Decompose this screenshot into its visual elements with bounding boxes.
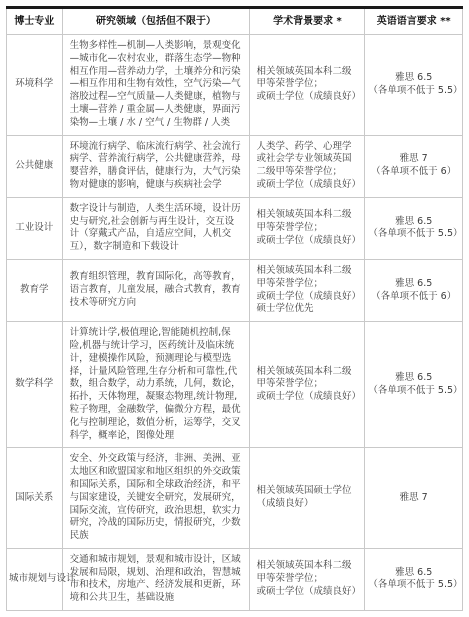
header-row: 博士专业 研究领域（包括但不限于） 学术背景要求 * 英语语言要求 ** <box>7 8 463 35</box>
english-cell: 雅思 7 <box>365 448 463 549</box>
fields-cell: 生物多样性—机制—人类影响，景观变化—城市化—农村农业，群落生态学—物种相互作用… <box>62 35 250 136</box>
col-header-major: 博士专业 <box>7 8 63 35</box>
fields-cell: 环境流行病学、临床流行病学、社会流行病学、营养流行病学，公共健康营养，母婴营养，… <box>62 135 250 197</box>
phd-programs-table: 博士专业 研究领域（包括但不限于） 学术背景要求 * 英语语言要求 ** 环境科… <box>6 6 463 611</box>
table-row: 环境科学 生物多样性—机制—人类影响，景观变化—城市化—农村农业，群落生态学—物… <box>7 35 463 136</box>
major-cell: 公共健康 <box>7 135 63 197</box>
major-cell: 环境科学 <box>7 35 63 136</box>
fields-cell: 计算统计学,极值理论,智能随机控制,保险,机器与统计学习，医药统计及临床统计，建… <box>62 322 250 448</box>
table-row: 公共健康 环境流行病学、临床流行病学、社会流行病学、营养流行病学，公共健康营养，… <box>7 135 463 197</box>
academic-cell: 相关领域英国硕士学位 （成绩良好） <box>250 448 365 549</box>
table-row: 教育学 教育组织管理，教育国际化，高等教育，语言教育，儿童发展，融合式教育，教育… <box>7 259 463 321</box>
table-row: 国际关系 安全、外交政策与经济，非洲、美洲、亚太地区和欧盟国家和地区组织的外交政… <box>7 448 463 549</box>
academic-cell: 相关领域英国本科二级甲等荣誉学位； 或硕士学位（成绩良好） <box>250 197 365 259</box>
major-cell: 数学科学 <box>7 322 63 448</box>
english-cell: 雅思 6.5 （各单项不低于 6） <box>365 259 463 321</box>
table-row: 城市规划与设计 交通和城市规划，景观和城市设计，区域发展和局限，规划、治理和政治… <box>7 548 463 610</box>
col-header-fields: 研究领域（包括但不限于） <box>62 8 250 35</box>
major-cell: 教育学 <box>7 259 63 321</box>
page: 博士专业 研究领域（包括但不限于） 学术背景要求 * 英语语言要求 ** 环境科… <box>0 0 469 617</box>
english-cell: 雅思 6.5 （各单项不低于 5.5） <box>365 548 463 610</box>
table-row: 数学科学 计算统计学,极值理论,智能随机控制,保险,机器与统计学习，医药统计及临… <box>7 322 463 448</box>
english-cell: 雅思 6.5 （各单项不低于 5.5） <box>365 322 463 448</box>
academic-cell: 相关领域英国本科二级甲等荣誉学位； 或硕士学位（成绩良好） <box>250 322 365 448</box>
fields-cell: 安全、外交政策与经济，非洲、美洲、亚太地区和欧盟国家和地区组织的外交政策和国际关… <box>62 448 250 549</box>
major-cell: 城市规划与设计 <box>7 548 63 610</box>
english-cell: 雅思 6.5 （各单项不低于 5.5） <box>365 197 463 259</box>
col-header-english: 英语语言要求 ** <box>365 8 463 35</box>
fields-cell: 教育组织管理，教育国际化，高等教育，语言教育，儿童发展，融合式教育，教育技术等研… <box>62 259 250 321</box>
academic-cell: 人类学、药学、心理学或社会学专业领域英国二级甲等荣誉学位； 或硕士学位（成绩良好… <box>250 135 365 197</box>
major-cell: 工业设计 <box>7 197 63 259</box>
major-cell: 国际关系 <box>7 448 63 549</box>
fields-cell: 数字设计与制造，人类生活环境，设计历史与研究,社会创新与再生设计，交互设计（穿戴… <box>62 197 250 259</box>
english-cell: 雅思 6.5 （各单项不低于 5.5） <box>365 35 463 136</box>
academic-cell: 相关领域英国本科二级甲等荣誉学位； 或硕士学位（成绩良好） <box>250 548 365 610</box>
academic-cell: 相关领域英国本科二级甲等荣誉学位； 或硕士学位（成绩良好）硕士学位优先 <box>250 259 365 321</box>
col-header-academic: 学术背景要求 * <box>250 8 365 35</box>
academic-cell: 相关领域英国本科二级甲等荣誉学位； 或硕士学位（成绩良好） <box>250 35 365 136</box>
table-row: 工业设计 数字设计与制造，人类生活环境，设计历史与研究,社会创新与再生设计，交互… <box>7 197 463 259</box>
english-cell: 雅思 7 （各单项不低于 6） <box>365 135 463 197</box>
fields-cell: 交通和城市规划，景观和城市设计，区域发展和局限，规划、治理和政治，智慧城市和技术… <box>62 548 250 610</box>
